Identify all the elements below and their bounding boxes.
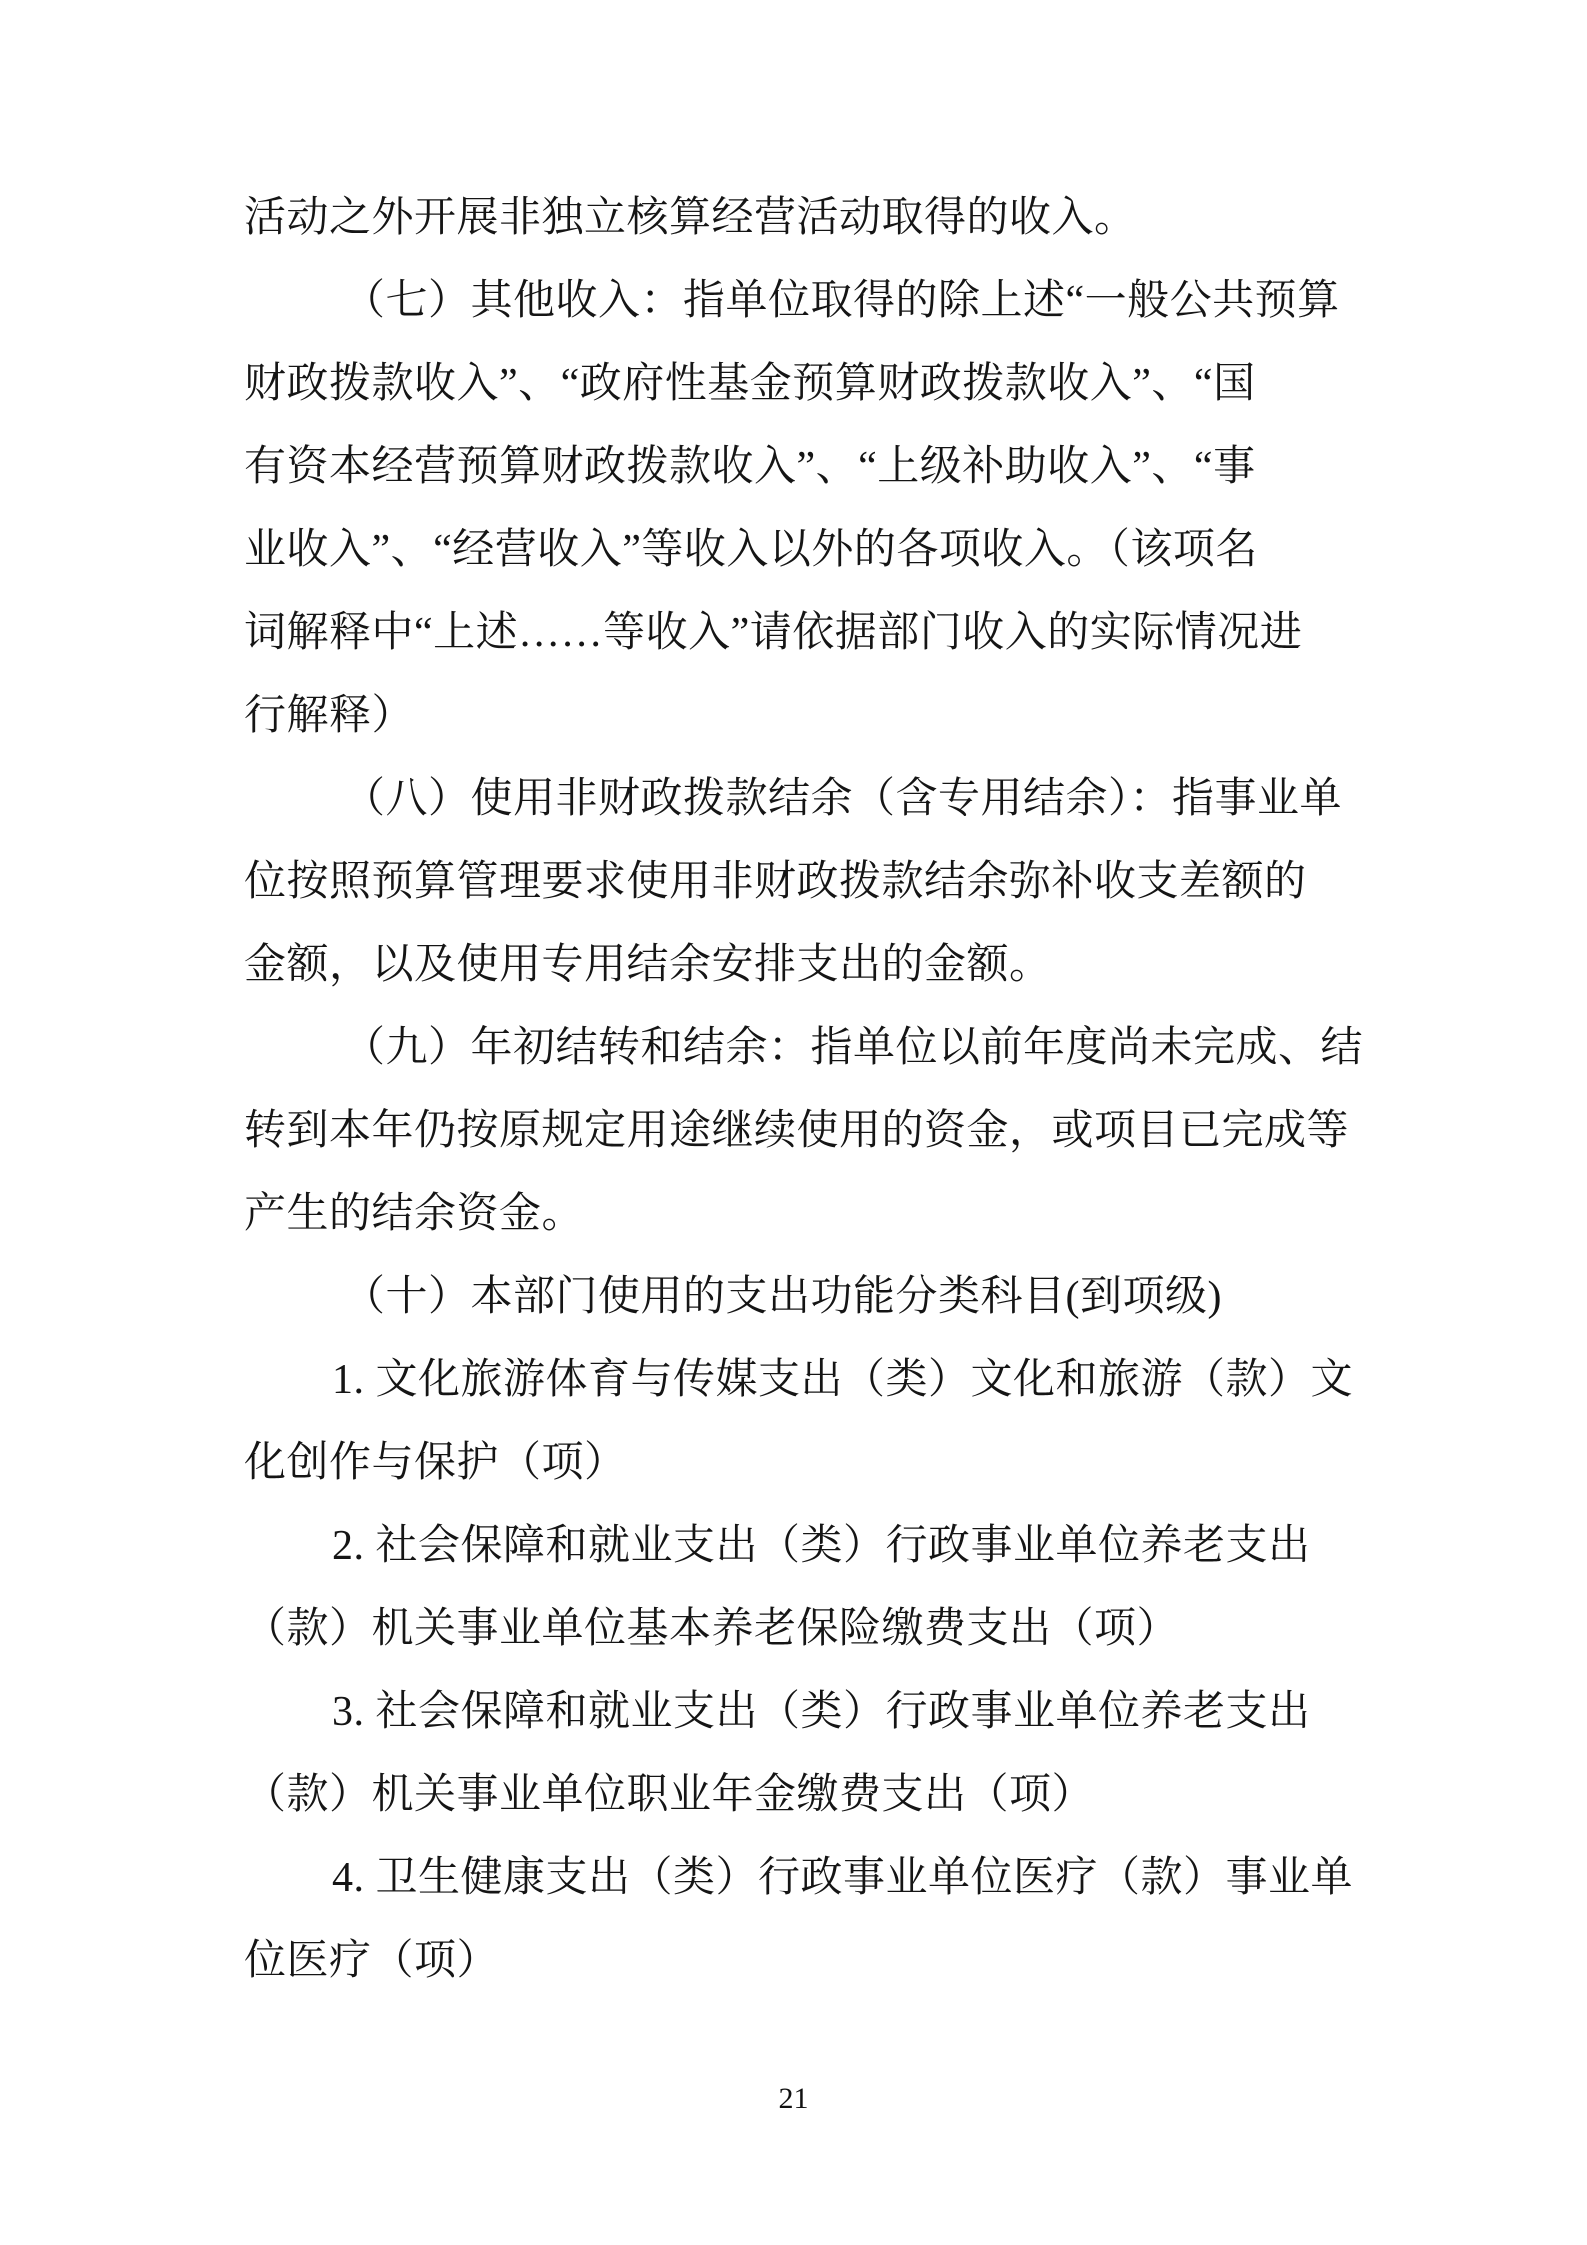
page-number: 21: [0, 2078, 1587, 2120]
text-line: 业收入”、“经营收入”等收入以外的各项收入。（该项名: [244, 509, 1346, 592]
text-line: 1. 文化旅游体育与传媒支出（类）文化和旅游（款）文: [244, 1339, 1346, 1422]
text-block: 活动之外开展非独立核算经营活动取得的收入。 （七）其他收入：指单位取得的除上述“…: [244, 177, 1346, 2003]
text-line: 3. 社会保障和就业支出（类）行政事业单位养老支出: [244, 1671, 1346, 1754]
text-line: 活动之外开展非独立核算经营活动取得的收入。: [244, 177, 1346, 260]
text-line: （款）机关事业单位基本养老保险缴费支出（项）: [244, 1588, 1346, 1671]
document-page: { "page": { "number": "21" }, "document"…: [0, 0, 1587, 2245]
text-line: （十）本部门使用的支出功能分类科目(到项级): [244, 1256, 1346, 1339]
text-line: 财政拨款收入”、“政府性基金预算财政拨款收入”、“国: [244, 343, 1346, 426]
text-line: 转到本年仍按原规定用途继续使用的资金，或项目已完成等: [244, 1090, 1346, 1173]
text-line: 词解释中“上述……等收入”请依据部门收入的实际情况进: [244, 592, 1346, 675]
text-line: 金额，以及使用专用结余安排支出的金额。: [244, 924, 1346, 1007]
text-line: 化创作与保护（项）: [244, 1422, 1346, 1505]
text-line: 位医疗（项）: [244, 1920, 1346, 2003]
text-line: （款）机关事业单位职业年金缴费支出（项）: [244, 1754, 1346, 1837]
text-line: （八）使用非财政拨款结余（含专用结余）：指事业单: [244, 758, 1346, 841]
text-line: 行解释）: [244, 675, 1346, 758]
text-line: 位按照预算管理要求使用非财政拨款结余弥补收支差额的: [244, 841, 1346, 924]
text-line: 有资本经营预算财政拨款收入”、“上级补助收入”、“事: [244, 426, 1346, 509]
text-line: 4. 卫生健康支出（类）行政事业单位医疗（款）事业单: [244, 1837, 1346, 1920]
text-line: 2. 社会保障和就业支出（类）行政事业单位养老支出: [244, 1505, 1346, 1588]
text-line: 产生的结余资金。: [244, 1173, 1346, 1256]
text-line: （九）年初结转和结余：指单位以前年度尚未完成、结: [244, 1007, 1346, 1090]
text-line: （七）其他收入：指单位取得的除上述“一般公共预算: [244, 260, 1346, 343]
